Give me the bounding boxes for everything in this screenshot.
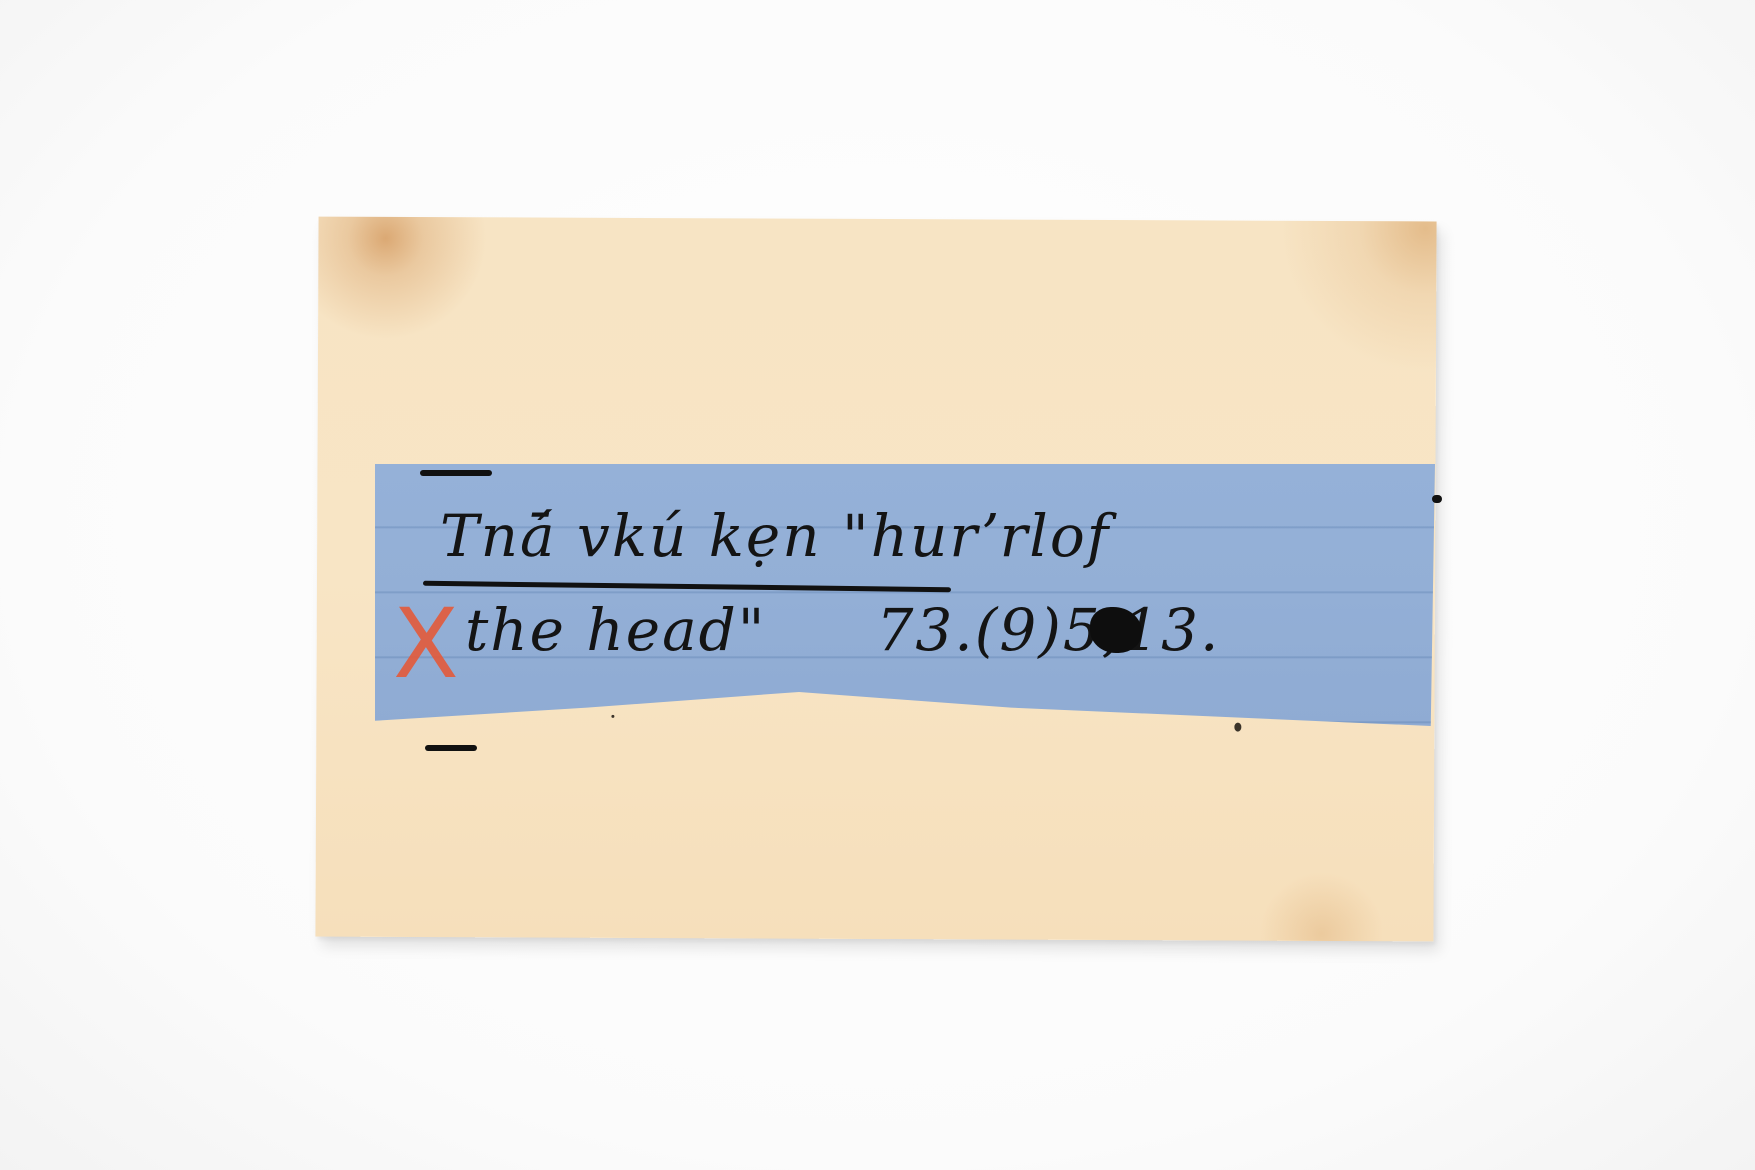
margin-dash-top [420, 470, 492, 476]
red-x-mark: X [393, 596, 459, 692]
handwritten-line-1: Tnā́ vkú kẹn "hurʼrlof [440, 502, 1110, 570]
margin-dash-bottom [425, 745, 477, 751]
line-2-text: the head" [465, 596, 767, 664]
ink-speck [1234, 723, 1241, 732]
ink-speck [611, 715, 614, 718]
line-2-date: 73.(9)5,13. [877, 596, 1221, 664]
margin-dash-right [1432, 495, 1442, 503]
